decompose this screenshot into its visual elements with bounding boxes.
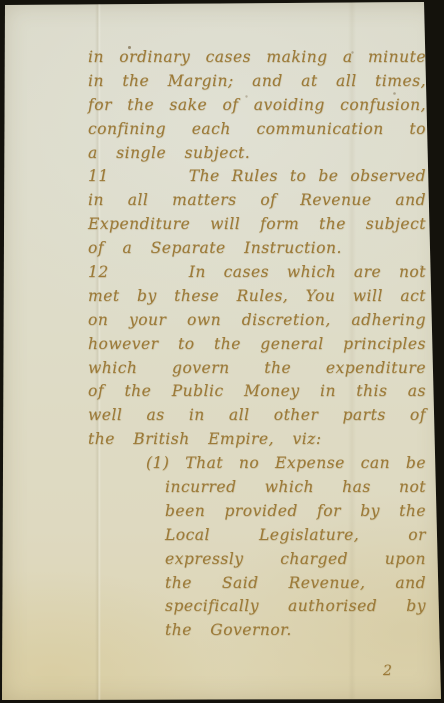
manuscript-line: specifically authorised by xyxy=(165,595,426,619)
manuscript-line: met by these Rules, You will act xyxy=(88,285,426,309)
manuscript-line: been provided for by the xyxy=(165,500,426,524)
page-number: 2 xyxy=(383,663,392,679)
paragraph-number: 12 xyxy=(88,261,109,285)
manuscript-line: the Said Revenue, and xyxy=(165,572,426,596)
manuscript-line: well as in all other parts of xyxy=(88,404,426,428)
manuscript-line: however to the general principles xyxy=(88,333,426,357)
manuscript-line: the British Empire, viz: xyxy=(88,428,426,452)
manuscript-line: which govern the expenditure xyxy=(88,357,426,381)
manuscript-line: on your own discretion, adhering xyxy=(88,309,426,333)
manuscript-line: 12 In cases which are not xyxy=(88,261,426,285)
manuscript-line-text: The Rules to be observed xyxy=(189,165,426,189)
manuscript-line: (1) That no Expense can be xyxy=(146,452,426,476)
manuscript-line: of a Separate Instruction. xyxy=(88,237,426,261)
manuscript-line: confining each communication to xyxy=(88,118,426,142)
manuscript-line: Local Legislature, or xyxy=(165,524,426,548)
manuscript-line-text: In cases which are not xyxy=(189,261,426,285)
manuscript-line: in the Margin; and at all times, xyxy=(88,70,426,94)
manuscript-line: of the Public Money in this as xyxy=(88,380,426,404)
ink-specks xyxy=(0,0,1,1)
manuscript-photo: in ordinary cases making a minute in the… xyxy=(0,0,444,703)
manuscript-line: in all matters of Revenue and xyxy=(88,189,426,213)
manuscript-line: Expenditure will form the subject xyxy=(88,213,426,237)
manuscript-line: the Governor. xyxy=(165,619,426,643)
manuscript-line: a single subject. xyxy=(88,142,426,166)
paragraph-number: 11 xyxy=(88,165,109,189)
manuscript-line: in ordinary cases making a minute xyxy=(88,46,426,70)
manuscript-line: expressly charged upon xyxy=(165,548,426,572)
manuscript-line: for the sake of avoiding confusion, xyxy=(88,94,426,118)
manuscript-line: 11 The Rules to be observed xyxy=(88,165,426,189)
manuscript-line: incurred which has not xyxy=(165,476,426,500)
handwritten-text: in ordinary cases making a minute in the… xyxy=(88,46,426,643)
paper-sheet: in ordinary cases making a minute in the… xyxy=(0,0,444,703)
